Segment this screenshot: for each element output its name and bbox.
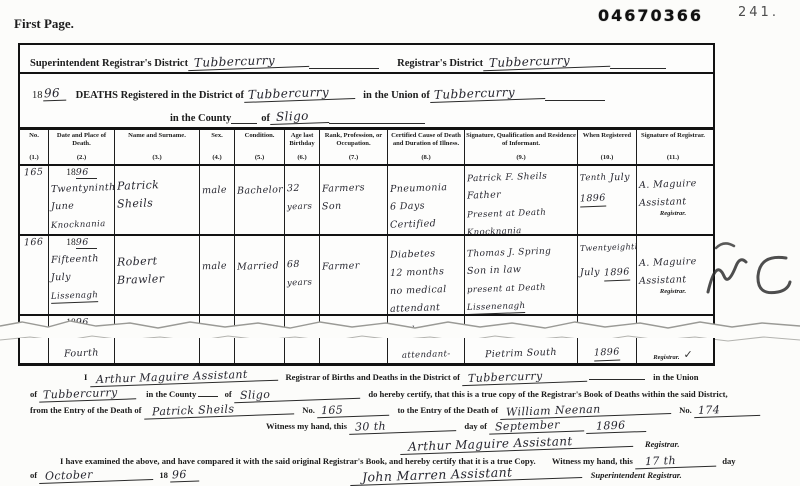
sex-cell (200, 338, 235, 363)
table-row: 166 1896 Fifteenth July Lissenagh Robert… (20, 236, 713, 316)
col-when-registered: When Registered(10.) (578, 130, 637, 164)
col-informant: Signature, Qualification and Residence o… (465, 130, 578, 164)
certification-line-3: from the Entry of the Death of Patrick S… (30, 403, 760, 417)
union-value: Tubbercurry (430, 84, 546, 103)
date-place-cell: 1896 Twentyninth June Knocknania (49, 166, 115, 234)
county-value: Sligo (234, 385, 361, 403)
of-label: of (261, 113, 270, 124)
col-rank: Rank, Profession, or Occupation.(7.) (320, 130, 388, 164)
date-place-cell: 1896 Fifteenth July Lissenagh (49, 236, 115, 314)
entry-no: 165 (20, 166, 49, 234)
from-entry-name: Patrick Sheils (144, 400, 295, 419)
county-value: Sligo (270, 108, 329, 125)
col-sex: Sex.(4.) (200, 130, 235, 164)
condition-cell: Married (235, 236, 285, 314)
when-registered-cell: Twentyeighth July 1896 (578, 236, 637, 314)
certification-line-4: Witness my hand, this 30 th day of Septe… (266, 419, 646, 433)
register-strip-row: Fourth attendant- Pietrim South 1896 Reg… (18, 338, 715, 366)
informant-cell: Patrick F. Sheils Father Present at Deat… (465, 166, 578, 234)
blank-rule (231, 113, 257, 124)
col-no: No.(1.) (20, 130, 49, 164)
rank-cell: Farmers Son (320, 166, 388, 234)
register-table: No.(1.) Date and Place of Death.(2.) Nam… (18, 128, 715, 342)
year-printed: 18 (32, 90, 43, 101)
when-registered-cell: 1896 (578, 338, 637, 363)
certification-line-2: of Tubbercurry in the County of Sligo do… (30, 386, 728, 401)
informant-cell: Thomas J. Spring Son in law present at D… (465, 236, 578, 314)
superintendent-district-value: Tubbercurry (188, 52, 309, 71)
rank-cell: Farmer (320, 236, 388, 314)
certification-signature-line: Arthur Maguire Assistant Registrar. (400, 436, 679, 451)
stamp-number: 04670366 (598, 6, 703, 25)
col-name: Name and Surname.(3.) (115, 130, 200, 164)
from-entry-no: 165 (317, 402, 390, 419)
county-line: in the County of Sligo (170, 102, 590, 124)
superintendent-district-label: Superintendent Registrar's District (30, 58, 188, 69)
death-register-document: { "page": { "first_page": "First Page.",… (0, 0, 800, 486)
year-script: 96 (42, 86, 66, 102)
col-age: Age last Birthday(6.) (285, 130, 320, 164)
register-header-box: Superintendent Registrar's District Tubb… (18, 43, 715, 129)
blank-rule (610, 58, 666, 69)
registrars-district-label: Registrar's District (397, 58, 483, 69)
sex-cell: male (200, 236, 235, 314)
col-date-place: Date and Place of Death.(2.) (49, 130, 115, 164)
examined-month: October (39, 466, 153, 484)
name-cell: Robert Brawler (115, 236, 200, 314)
name-cell (115, 338, 200, 363)
registrars-district-value: Tubbercurry (483, 52, 610, 71)
registrar-label-cell: Registrar.✓ (637, 338, 709, 363)
entry-no: 166 (20, 236, 49, 314)
examined-line-2: of October 18 96 (30, 468, 199, 482)
age-cell: 68 years (285, 236, 320, 314)
informant-cell: Pietrim South (465, 338, 578, 363)
cause-cell: attendant- (388, 338, 465, 363)
certification-line-1: I Arthur Maguire Assistant Registrar of … (84, 369, 699, 384)
witness-day: 30 th (349, 417, 456, 435)
blank-rule (545, 90, 605, 101)
registrar-signature-cell: A. Maguire Assistant Registrar. (637, 166, 709, 234)
col-condition: Condition.(5.) (235, 130, 285, 164)
union-label: in the Union of (363, 90, 430, 101)
district-value: Tubbercurry (462, 368, 587, 386)
folio-number: 241. (738, 5, 779, 20)
name-cell: Patrick Sheils (115, 166, 200, 234)
age-cell (285, 338, 320, 363)
rank-cell (320, 338, 388, 363)
condition-cell: Bachelor (235, 166, 285, 234)
table-row: 165 1896 Twentyninth June Knocknania Pat… (20, 166, 713, 236)
age-cell: 32 years (285, 166, 320, 234)
condition-cell (235, 338, 285, 363)
registrar-signature-cell: A. Maguire Assistant Registrar. (637, 236, 709, 314)
superintendent-signature-line: John Marren Assistant Superintendent Reg… (350, 466, 682, 482)
witness-month: September (489, 417, 584, 434)
to-entry-no: 174 (694, 402, 761, 418)
registrar-signature-inline: Arthur Maguire Assistant (89, 367, 277, 388)
district-line: Superintendent Registrar's District Tubb… (20, 45, 713, 74)
entry-no (20, 338, 49, 363)
county-label: in the County (170, 113, 231, 124)
superintendent-signature: John Marren Assistant (350, 462, 583, 486)
date-place-cell: Fourth (49, 338, 115, 363)
pencil-scribble-mark (702, 232, 798, 316)
registrar-signature: Arthur Maguire Assistant (400, 432, 633, 455)
table-header-row: No.(1.) Date and Place of Death.(2.) Nam… (20, 130, 713, 166)
to-entry-name: William Neenan (500, 400, 671, 420)
deaths-registered-label: DEATHS Registered in the District of (76, 90, 244, 101)
first-page-label: First Page. (14, 16, 74, 32)
union-value: Tubbercurry (39, 385, 136, 402)
examined-year: 96 (170, 468, 199, 483)
cause-cell: Pneumonia 6 Days Certified (388, 166, 465, 234)
col-registrar: Signature of Registrar.(11.) (637, 130, 709, 164)
deaths-registered-line: 18 96 DEATHS Registered in the District … (20, 76, 713, 102)
blank-rule (309, 58, 379, 69)
blank-rule (329, 113, 425, 124)
district-value: Tubbercurry (244, 84, 356, 103)
when-registered-cell: Tenth July 1896 (578, 166, 637, 234)
sex-cell: male (200, 166, 235, 234)
cause-cell: Diabetes 12 months no medical attendant (388, 236, 465, 314)
col-cause: Certified Cause of Death and Duration of… (388, 130, 465, 164)
